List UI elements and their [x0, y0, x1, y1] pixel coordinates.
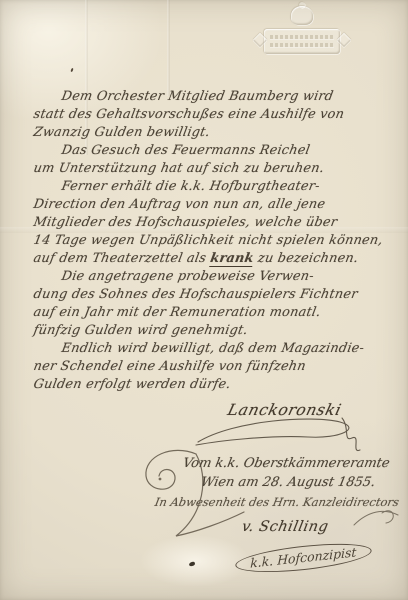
line-post: zu bezeichnen. [252, 251, 359, 266]
paper-light-patch [140, 535, 250, 587]
letter-page: Dem Orchester Mitglied Baumberg wird sta… [0, 0, 408, 600]
signature-lanckoronski: Lanckoronski [226, 401, 344, 419]
letter-line: Direction den Auftrag von nun an, alle j… [32, 196, 387, 214]
crown-icon [291, 6, 313, 25]
signature-flourish [190, 414, 375, 460]
letter-line: Dem Orchester Mitglied Baumberg wird [32, 88, 387, 106]
date-line: Wien am 28. August 1855. [200, 475, 377, 490]
letter-line: auf ein Jahr mit der Remuneration monatl… [32, 304, 387, 322]
ink-speck [70, 68, 73, 72]
title-oval: k.k. Hofconzipist [235, 539, 372, 578]
letter-line: dung des Sohnes des Hofschauspielers Fic… [32, 286, 387, 304]
letter-line: fünfzig Gulden wird genehmigt. [32, 322, 387, 340]
signature-schilling: v. Schilling [240, 519, 329, 535]
letter-line: ner Schendel eine Aushilfe von fünfzehn [32, 358, 387, 376]
seal-text-row [270, 35, 334, 39]
letter-line: Zwanzig Gulden bewilligt. [32, 124, 387, 142]
paper-crease [167, 0, 170, 96]
letter-line: Endlich wird bewilligt, daß dem Magazind… [32, 340, 387, 358]
office-name-line: Vom k.k. Oberstkämmereramte [182, 456, 391, 471]
letter-line: Mitglieder des Hofschauspieles, welche ü… [32, 214, 387, 232]
letter-line-krank: auf dem Theaterzettel als krank zu bezei… [32, 250, 387, 268]
krank-underlined-word: krank [209, 251, 255, 267]
letter-line: um Unterstützung hat auf sich zu beruhen… [32, 160, 387, 178]
letter-line: Ferner erhält die k.k. Hofburgtheater- [32, 178, 387, 196]
letter-body: Dem Orchester Mitglied Baumberg wird sta… [32, 88, 384, 394]
absence-note-line: In Abwesenheit des Hrn. Kanzleidirectors [154, 495, 401, 509]
seal-banner [264, 29, 340, 54]
embossed-seal [256, 6, 348, 62]
seal-text-row [270, 43, 334, 47]
letter-line: 14 Tage wegen Unpäßlichkeit nicht spiele… [32, 232, 387, 250]
letter-line: statt des Gehaltsvorschußes eine Aushilf… [32, 106, 387, 124]
line-pre: auf dem Theaterzettel als [32, 251, 211, 266]
letter-line: Gulden erfolgt werden dürfe. [32, 376, 387, 394]
letter-line: Das Gesuch des Feuermanns Reichel [32, 142, 387, 160]
letter-line: Die angetragene probeweise Verwen- [32, 268, 387, 286]
